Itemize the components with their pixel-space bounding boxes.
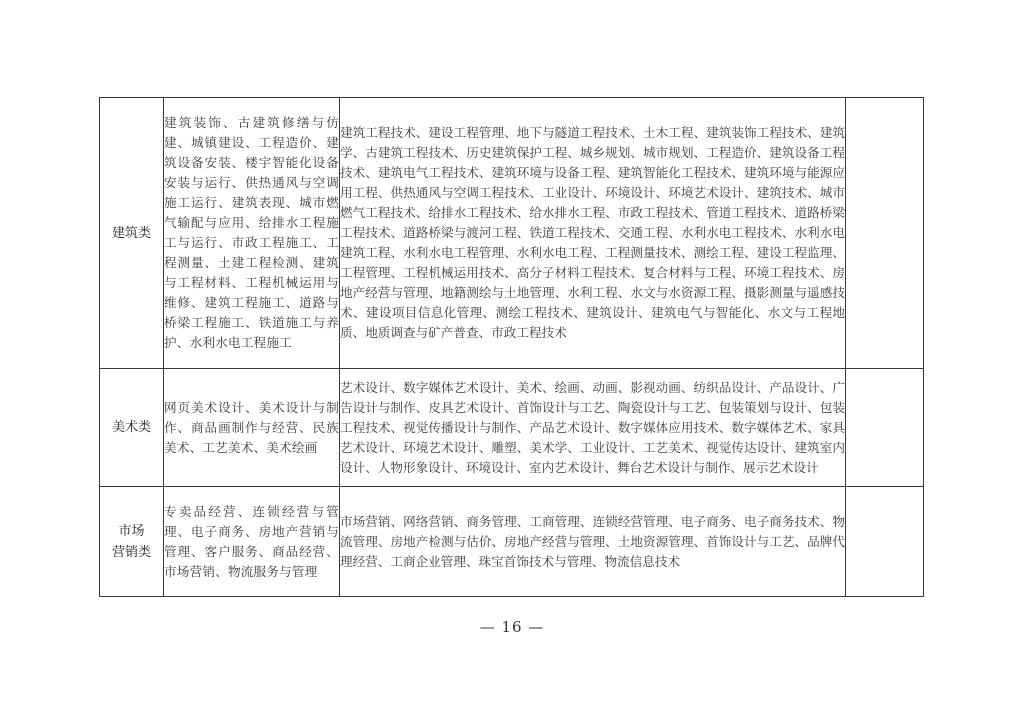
related-majors-cell: 网页美术设计、美术设计与制作、商品画制作与经营、民族美术、工艺美术、美术绘画 (164, 369, 340, 487)
related-majors-cell: 建筑装饰、古建筑修缮与仿建、城镇建设、工程造价、建筑设备安装、楼宇智能化设备安装… (164, 98, 340, 369)
category-label-line1: 市场 (100, 521, 163, 542)
notes-cell (846, 487, 924, 597)
category-label-line2: 营销类 (100, 542, 163, 563)
related-majors-cell: 专卖品经营、连锁经营与管理、电子商务、房地产营销与管理、客户服务、商品经营、市场… (164, 487, 340, 597)
notes-cell (846, 98, 924, 369)
category-label: 美术类 (100, 417, 163, 438)
majors-cell: 市场营销、网络营销、商务管理、工商管理、连锁经营管理、电子商务、电子商务技术、物… (340, 487, 846, 597)
table-row-fine-arts: 美术类 网页美术设计、美术设计与制作、商品画制作与经营、民族美术、工艺美术、美术… (100, 369, 924, 487)
category-cell: 美术类 (100, 369, 164, 487)
majors-cell: 建筑工程技术、建设工程管理、地下与隧道工程技术、土木工程、建筑装饰工程技术、建筑… (340, 98, 846, 369)
table-row-marketing: 市场 营销类 专卖品经营、连锁经营与管理、电子商务、房地产营销与管理、客户服务、… (100, 487, 924, 597)
category-cell: 市场 营销类 (100, 487, 164, 597)
major-category-table: 建筑类 建筑装饰、古建筑修缮与仿建、城镇建设、工程造价、建筑设备安装、楼宇智能化… (99, 97, 924, 597)
category-label: 建筑类 (100, 223, 163, 244)
table-row-architecture: 建筑类 建筑装饰、古建筑修缮与仿建、城镇建设、工程造价、建筑设备安装、楼宇智能化… (100, 98, 924, 369)
notes-cell (846, 369, 924, 487)
category-cell: 建筑类 (100, 98, 164, 369)
majors-cell: 艺术设计、数字媒体艺术设计、美术、绘画、动画、影视动画、纺织品设计、产品设计、广… (340, 369, 846, 487)
page-number: — 16 — (0, 618, 1024, 636)
